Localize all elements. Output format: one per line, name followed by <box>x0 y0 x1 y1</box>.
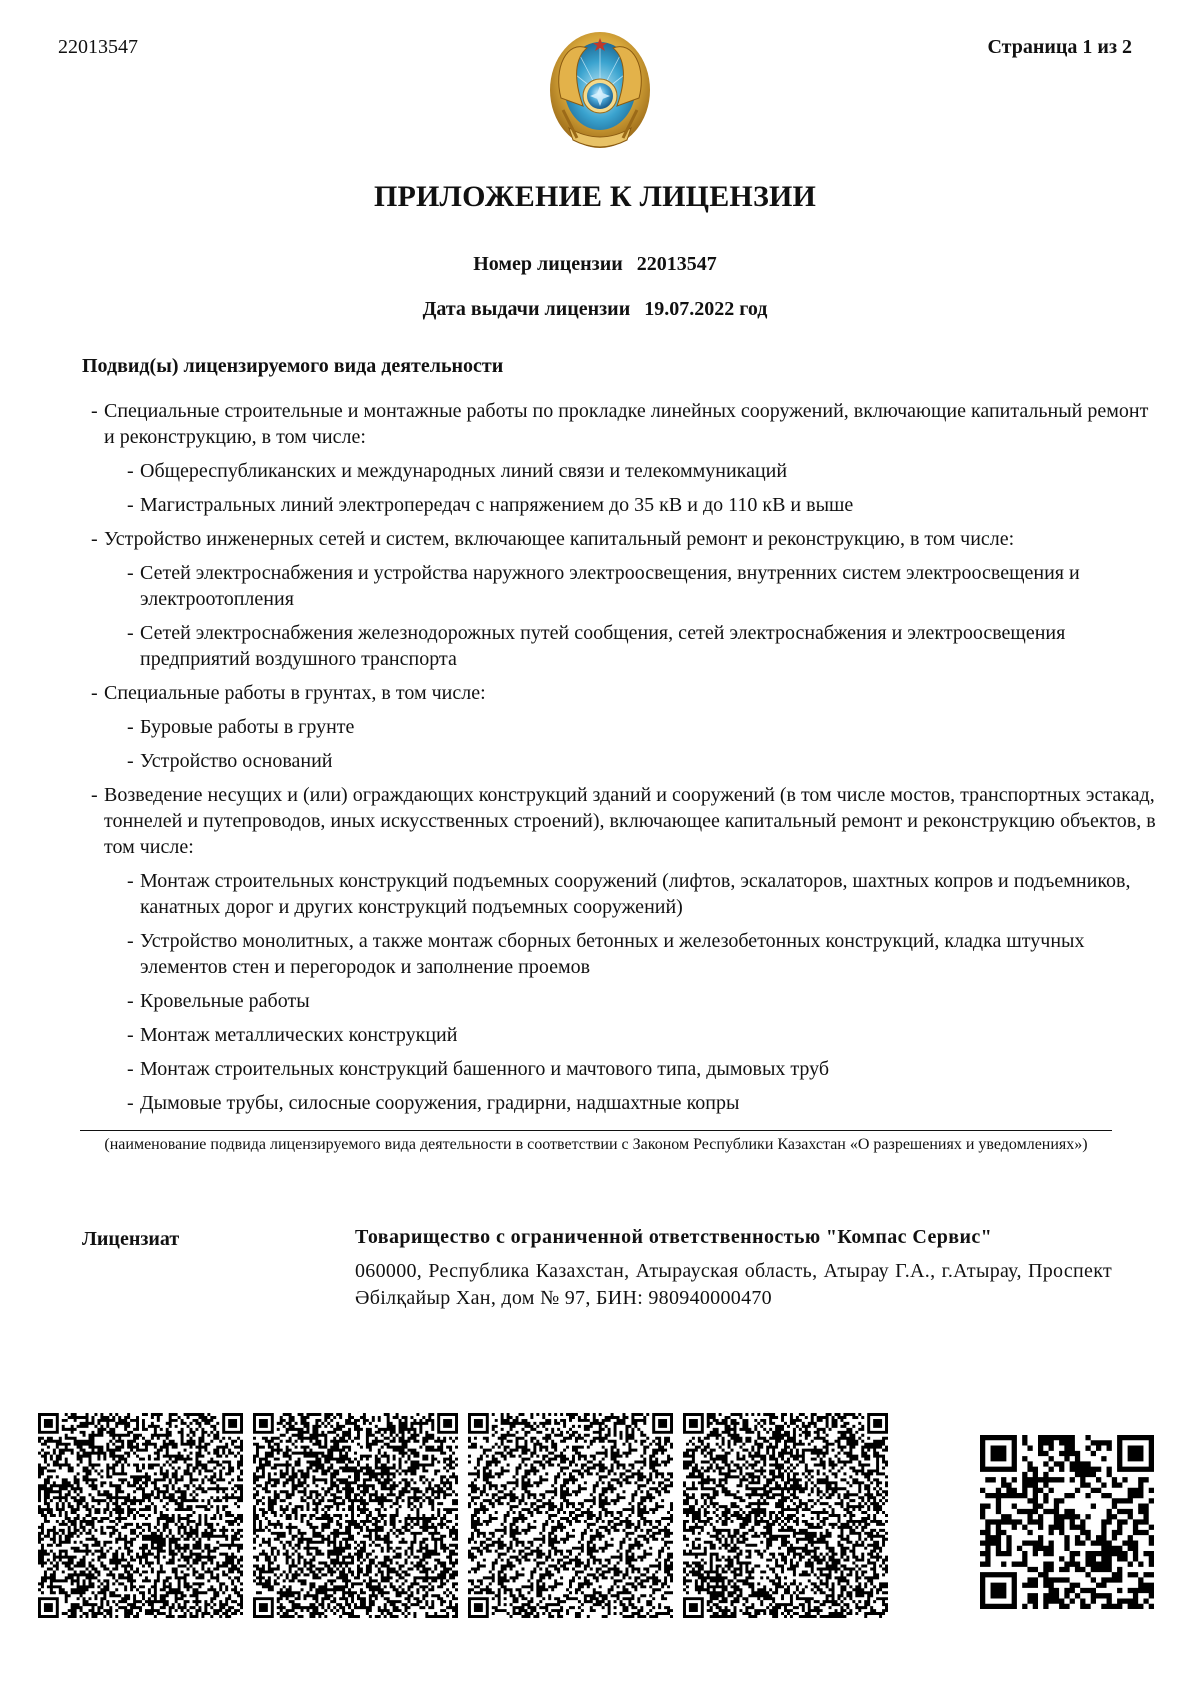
bullet-dash: - <box>127 560 134 586</box>
bullet-dash: - <box>127 928 134 954</box>
bullet-dash: - <box>127 1022 134 1048</box>
bullet-dash: - <box>91 526 98 552</box>
bullet-dash: - <box>127 714 134 740</box>
license-number-value: 22013547 <box>637 253 717 275</box>
subtype-item: -Дымовые трубы, силосные сооружения, гра… <box>118 1090 1157 1116</box>
subtype-text: Монтаж металлических конструкций <box>140 1024 457 1046</box>
subtype-item: -Устройство монолитных, а также монтаж с… <box>118 928 1157 980</box>
bullet-dash: - <box>127 748 134 774</box>
subtype-item: -Специальные строительные и монтажные ра… <box>82 398 1157 450</box>
bullet-dash: - <box>127 620 134 646</box>
subtype-text: Кровельные работы <box>140 990 310 1012</box>
document-number: 22013547 <box>58 36 138 59</box>
subtype-text: Сетей электроснабжения железнодорожных п… <box>140 622 1065 670</box>
subtype-item: -Магистральных линий электропередач с на… <box>118 492 1157 518</box>
qr-code-2 <box>253 1413 458 1618</box>
license-date-row: Дата выдачи лицензии19.07.2022 год <box>0 298 1190 321</box>
subtype-item: -Монтаж строительных конструкций башенно… <box>118 1056 1157 1082</box>
subtype-text: Устройство монолитных, а также монтаж сб… <box>140 930 1084 978</box>
qr-code-1 <box>38 1413 243 1618</box>
subtype-item: -Сетей электроснабжения и устройства нар… <box>118 560 1157 612</box>
subtype-item: -Специальные работы в грунтах, в том чис… <box>82 680 1157 706</box>
subtype-item: -Устройство оснований <box>118 748 1157 774</box>
subtype-text: Специальные работы в грунтах, в том числ… <box>104 682 486 704</box>
licensee-label: Лицензиат <box>82 1228 179 1251</box>
subtypes-heading: Подвид(ы) лицензируемого вида деятельнос… <box>82 355 503 378</box>
bullet-dash: - <box>127 988 134 1014</box>
subtype-item: -Буровые работы в грунте <box>118 714 1157 740</box>
subtype-text: Дымовые трубы, силосные сооружения, град… <box>140 1092 739 1114</box>
subtype-text: Сетей электроснабжения и устройства нару… <box>140 562 1080 610</box>
subtype-text: Магистральных линий электропередач с нап… <box>140 494 853 516</box>
qr-code-3 <box>468 1413 673 1618</box>
license-date-value: 19.07.2022 год <box>644 298 767 320</box>
subtype-item: -Монтаж строительных конструкций подъемн… <box>118 868 1157 920</box>
subtype-text: Устройство инженерных сетей и систем, вк… <box>104 528 1014 550</box>
bullet-dash: - <box>91 398 98 424</box>
licensee-address: 060000, Республика Казахстан, Атырауская… <box>355 1258 1112 1312</box>
subtype-item: -Кровельные работы <box>118 988 1157 1014</box>
bullet-dash: - <box>127 1056 134 1082</box>
subtype-text: Устройство оснований <box>140 750 333 772</box>
document-title: ПРИЛОЖЕНИЕ К ЛИЦЕНЗИИ <box>0 180 1190 214</box>
subtype-text: Общереспубликанских и международных лини… <box>140 460 787 482</box>
qr-code-5 <box>980 1435 1154 1609</box>
bullet-dash: - <box>91 782 98 808</box>
bullet-dash: - <box>91 680 98 706</box>
subtype-item: -Возведение несущих и (или) ограждающих … <box>82 782 1157 860</box>
license-number-label: Номер лицензии <box>473 253 623 275</box>
subtype-text: Монтаж строительных конструкций башенног… <box>140 1058 829 1080</box>
footnote-divider <box>80 1130 1112 1131</box>
bullet-dash: - <box>127 492 134 518</box>
bullet-dash: - <box>127 458 134 484</box>
subtype-item: -Монтаж металлических конструкций <box>118 1022 1157 1048</box>
subtypes-footnote: (наименование подвида лицензируемого вид… <box>80 1134 1112 1155</box>
bullet-dash: - <box>127 868 134 894</box>
bullet-dash: - <box>127 1090 134 1116</box>
subtype-text: Возведение несущих и (или) ограждающих к… <box>104 784 1156 858</box>
license-number-row: Номер лицензии22013547 <box>0 253 1190 276</box>
licensee-name: Товарищество с ограниченной ответственно… <box>355 1226 992 1249</box>
subtype-item: -Общереспубликанских и международных лин… <box>118 458 1157 484</box>
license-date-label: Дата выдачи лицензии <box>423 298 631 320</box>
subtypes-list: -Специальные строительные и монтажные ра… <box>82 398 1157 1124</box>
page-indicator: Страница 1 из 2 <box>987 36 1132 59</box>
subtype-item: -Сетей электроснабжения железнодорожных … <box>118 620 1157 672</box>
subtype-text: Монтаж строительных конструкций подъемны… <box>140 870 1130 918</box>
state-emblem-icon <box>547 28 653 154</box>
qr-code-4 <box>683 1413 888 1618</box>
subtype-text: Буровые работы в грунте <box>140 716 354 738</box>
subtype-text: Специальные строительные и монтажные раб… <box>104 400 1148 448</box>
subtype-item: -Устройство инженерных сетей и систем, в… <box>82 526 1157 552</box>
